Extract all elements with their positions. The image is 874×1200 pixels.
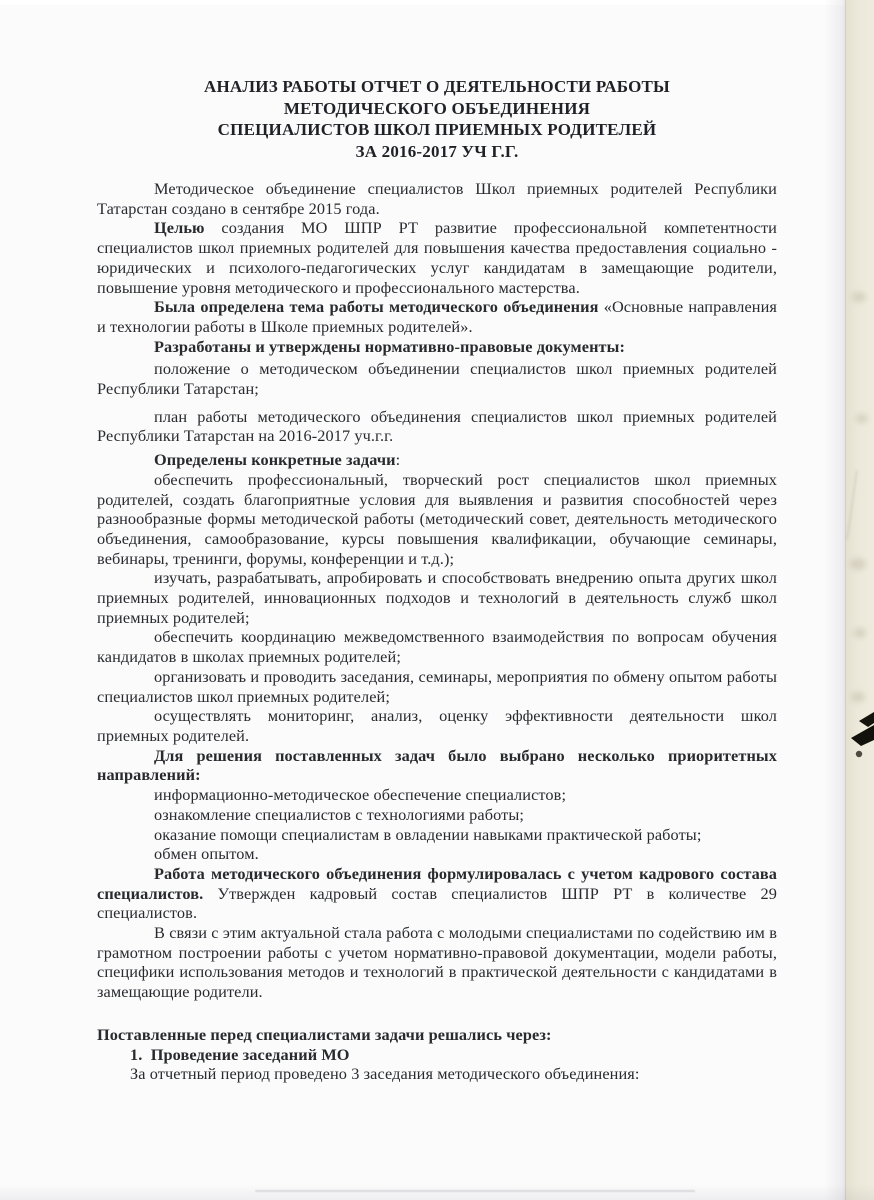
page-edge-shadow xyxy=(824,0,845,1200)
scan-smudge xyxy=(850,558,866,570)
paragraph: план работы методического объединения сп… xyxy=(97,407,777,446)
paragraph: В связи с этим актуальной стала работа с… xyxy=(97,923,777,1002)
paragraph: Целью создания МО ШПР РТ развитие профес… xyxy=(97,218,777,297)
paragraph: изучать, разрабатывать, апробировать и с… xyxy=(97,568,777,627)
paragraph: Методическое объединение специалистов Шк… xyxy=(97,179,777,218)
paragraph: ознакомление специалистов с технологиями… xyxy=(97,805,777,825)
scan-smudge xyxy=(852,292,866,302)
paragraph: 1. Проведение заседаний МО xyxy=(97,1045,777,1065)
paragraph: оказание помощи специалистам в овладении… xyxy=(97,825,777,845)
paragraph: Определены конкретные задачи: xyxy=(97,450,777,470)
paragraph: обмен опытом. xyxy=(97,844,777,864)
paragraph: Разработаны и утверждены нормативно-прав… xyxy=(97,337,777,357)
ink-mark xyxy=(846,712,874,766)
paragraph: осуществлять мониторинг, анализ, оценку … xyxy=(97,706,777,745)
title-line: МЕТОДИЧЕСКОГО ОБЪЕДИНЕНИЯ xyxy=(97,98,777,120)
scan-bottom-line xyxy=(255,1190,695,1192)
paragraph: положение о методическом объединении спе… xyxy=(97,359,777,398)
scan-smudge xyxy=(854,628,866,638)
document-body: Методическое объединение специалистов Шк… xyxy=(97,179,777,1084)
scan-bottom-shade xyxy=(0,1184,874,1200)
paragraph: Для решения поставленных задач было выбр… xyxy=(97,746,777,785)
scanner-background-strip xyxy=(845,0,874,1200)
paragraph: Поставленные перед специалистами задачи … xyxy=(97,1025,777,1045)
scan-smudge xyxy=(851,692,865,702)
paragraph: За отчетный период проведено 3 заседания… xyxy=(97,1064,777,1084)
document-sheet: АНАЛИЗ РАБОТЫ ОТЧЕТ О ДЕЯТЕЛЬНОСТИ РАБОТ… xyxy=(97,0,777,1084)
paragraph: обеспечить профессиональный, творческий … xyxy=(97,470,777,569)
title-line: АНАЛИЗ РАБОТЫ ОТЧЕТ О ДЕЯТЕЛЬНОСТИ РАБОТ… xyxy=(97,76,777,98)
document-title: АНАЛИЗ РАБОТЫ ОТЧЕТ О ДЕЯТЕЛЬНОСТИ РАБОТ… xyxy=(97,76,777,162)
paragraph: Работа методического объединения формули… xyxy=(97,864,777,923)
title-line: СПЕЦИАЛИСТОВ ШКОЛ ПРИЕМНЫХ РОДИТЕЛЕЙ xyxy=(97,119,777,141)
scanned-page: АНАЛИЗ РАБОТЫ ОТЧЕТ О ДЕЯТЕЛЬНОСТИ РАБОТ… xyxy=(0,0,874,1200)
paragraph: обеспечить координацию межведомственного… xyxy=(97,627,777,666)
scan-smudge xyxy=(856,414,868,423)
title-line: ЗА 2016-2017 УЧ Г.Г. xyxy=(97,141,777,163)
paragraph: организовать и проводить заседания, семи… xyxy=(97,667,777,706)
paragraph: Была определена тема работы методическог… xyxy=(97,297,777,336)
paragraph: информационно-методическое обеспечение с… xyxy=(97,785,777,805)
